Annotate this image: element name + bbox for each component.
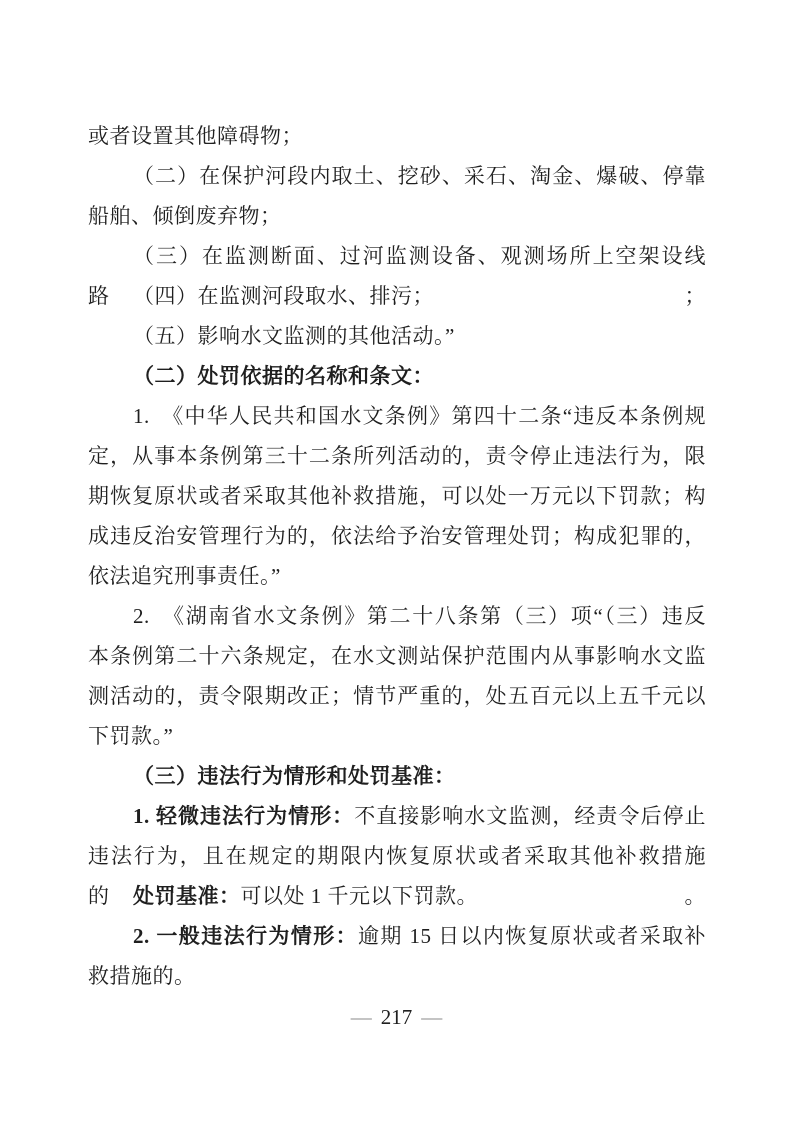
text-line: 违法行为，且在规定的期限内恢复原状或者采取其他补救措施的。 xyxy=(88,836,706,876)
text-line: 依法追究刑事责任。” xyxy=(88,556,706,596)
text-line: 期恢复原状或者采取其他补救措施，可以处一万元以下罚款；构 xyxy=(88,476,706,516)
text-line: 2. 《湖南省水文条例》第二十八条第（三）项“（三）违反 xyxy=(88,596,706,636)
text-line: 下罚款。” xyxy=(88,716,706,756)
page-number-dash-left: — xyxy=(351,1005,372,1029)
text-line: 本条例第二十六条规定，在水文测站保护范围内从事影响水文监 xyxy=(88,636,706,676)
line-text: 可以处 1 千元以下罚款。 xyxy=(241,884,479,908)
text-line: （二）在保护河段内取土、挖砂、采石、淘金、爆破、停靠 xyxy=(88,156,706,196)
text-line: （三）在监测断面、过河监测设备、观测场所上空架设线路； xyxy=(88,236,706,276)
text-line: 船舶、倾倒废弃物； xyxy=(88,196,706,236)
line-text: 逾期 15 日以内恢复原状或者采取补 xyxy=(358,924,706,948)
line-text: 不直接影响水文监测，经责令后停止 xyxy=(354,804,706,828)
section-heading: （二）处罚依据的名称和条文： xyxy=(88,356,706,396)
text-line: 救措施的。 xyxy=(88,956,706,996)
text-line: （五）影响水文监测的其他活动。” xyxy=(88,316,706,356)
page-number: —217— xyxy=(0,1001,793,1033)
page-number-value: 217 xyxy=(381,1005,413,1029)
inline-bold-label: 2. 一般违法行为情形： xyxy=(133,924,358,948)
document-body: 或者设置其他障碍物； （二）在保护河段内取土、挖砂、采石、淘金、爆破、停靠 船舶… xyxy=(88,116,706,996)
inline-bold-label: 1. 轻微违法行为情形： xyxy=(133,804,354,828)
section-heading: （三）违法行为情形和处罚基准： xyxy=(88,756,706,796)
text-line: 2. 一般违法行为情形：逾期 15 日以内恢复原状或者采取补 xyxy=(88,916,706,956)
text-line: 1. 轻微违法行为情形：不直接影响水文监测，经责令后停止 xyxy=(88,796,706,836)
text-line: 测活动的，责令限期改正；情节严重的，处五百元以上五千元以 xyxy=(88,676,706,716)
text-line: 成违反治安管理行为的，依法给予治安管理处罚；构成犯罪的， xyxy=(88,516,706,556)
text-line: 或者设置其他障碍物； xyxy=(88,116,706,156)
document-page: 或者设置其他障碍物； （二）在保护河段内取土、挖砂、采石、淘金、爆破、停靠 船舶… xyxy=(0,0,793,1122)
text-line: 1. 《中华人民共和国水文条例》第四十二条“违反本条例规 xyxy=(88,396,706,436)
inline-bold-label: 处罚基准： xyxy=(133,884,241,908)
text-line: 定，从事本条例第三十二条所列活动的，责令停止违法行为，限 xyxy=(88,436,706,476)
page-number-dash-right: — xyxy=(421,1005,442,1029)
